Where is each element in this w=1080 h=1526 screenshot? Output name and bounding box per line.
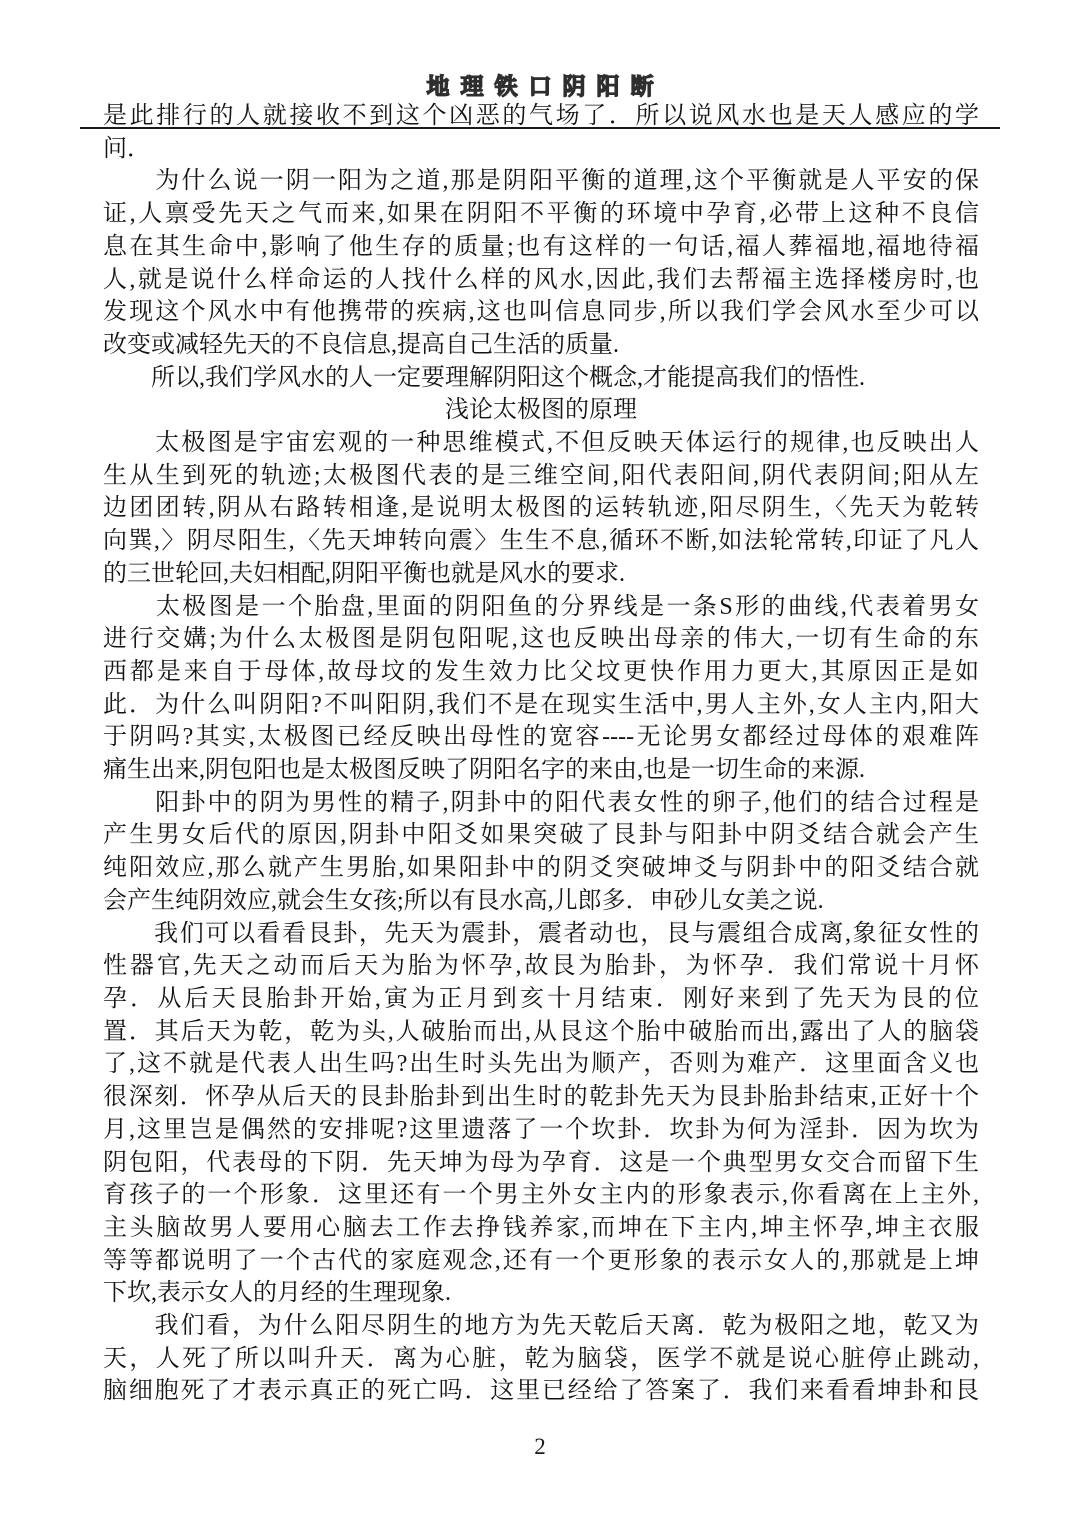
text-line: 于阴吗?其实,太极图已经反映出母性的宽容----无论男女都经过母体的艰难阵 [103,721,979,754]
text-line: 人,就是说什么样命运的人找什么样的风水,因此,我们去帮福主选择楼房时,也 [103,264,979,297]
body-text: 是此排行的人就接收不到这个凶恶的气场了．所以说风水也是天人感应的学问． 为什么说… [103,100,979,1408]
page-header: 地理铁口阴阳断 [0,68,1080,101]
text-line: 生从生到死的轨迹;太极图代表的是三维空间,阳代表阳间,阴代表阴间;阳从左 [103,460,979,493]
text-line: 发现这个风水中有他携带的疾病,这也叫信息同步,所以我们学会风水至少可以 [103,296,979,329]
document-page: 地理铁口阴阳断 是此排行的人就接收不到这个凶恶的气场了．所以说风水也是天人感应的… [0,0,1080,1526]
text-line: 是此排行的人就接收不到这个凶恶的气场了．所以说风水也是天人感应的学 [103,100,979,133]
text-line: 问． [103,133,979,166]
text-line: 月,这里岂是偶然的安排呢?这里遗落了一个坎卦．坎卦为何为淫卦．因为坎为 [103,1114,979,1147]
text-line: 为什么说一阴一阳为之道,那是阴阳平衡的道理,这个平衡就是人平安的保 [103,165,979,198]
text-line: 所以,我们学风水的人一定要理解阴阳这个概念,才能提高我们的悟性. [103,362,979,395]
text-line: 会产生纯阴效应,就会生女孩;所以有艮水高,儿郎多．申砂儿女美之说. [103,885,979,918]
page-footer: 2 [0,1434,1080,1460]
text-line: 边团团转,阴从右路转相逢,是说明太极图的运转轨迹,阳尽阴生,〈先天为乾转 [103,492,979,525]
text-line: 等等都说明了一个古代的家庭观念,还有一个更形象的表示女人的,那就是上坤 [103,1245,979,1278]
text-line: 改变或减轻先天的不良信息,提高自己生活的质量. [103,329,979,362]
text-line: 阳卦中的阴为男性的精子,阴卦中的阳代表女性的卵子,他们的结合过程是 [103,787,979,820]
text-line: 息在其生命中,影响了他生存的质量;也有这样的一句话,福人葬福地,福地待福 [103,231,979,264]
text-line: 产生男女后代的原因,阴卦中阳爻如果突破了艮卦与阳卦中阴爻结合就会产生 [103,819,979,852]
text-line: 痛生出来,阴包阳也是太极图反映了阴阳名字的来由,也是一切生命的来源. [103,754,979,787]
text-line: 的三世轮回,夫妇相配,阴阳平衡也就是风水的要求. [103,558,979,591]
text-line: 太极图是宇宙宏观的一种思维模式,不但反映天体运行的规律,也反映出人 [103,427,979,460]
text-line: 天，人死了所以叫升天．离为心脏，乾为脑袋，医学不就是说心脏停止跳动, [103,1343,979,1376]
text-line: 纯阳效应,那么就产生男胎,如果阳卦中的阴爻突破坤爻与阴卦中的阳爻结合就 [103,852,979,885]
text-line: 证,人禀受先天之气而来,如果在阴阳不平衡的环境中孕育,必带上这种不良信 [103,198,979,231]
text-line: 置．其后天为乾，乾为头,人破胎而出,从艮这个胎中破胎而出,露出了人的脑袋 [103,1016,979,1049]
section-heading: 浅论太极图的原理 [103,394,979,427]
text-line: 我们可以看看艮卦，先天为震卦，震者动也，艮与震组合成离,象征女性的 [103,918,979,951]
text-line: 向巽,〉阴尽阳生,〈先天坤转向震〉生生不息,循环不断,如法轮常转,印证了凡人 [103,525,979,558]
text-line: 我们看，为什么阳尽阴生的地方为先天乾后天离．乾为极阳之地，乾又为 [103,1310,979,1343]
page-header-title: 地理铁口阴阳断 [416,68,665,101]
text-line: 孕．从后天艮胎卦开始,寅为正月到亥十月结束．刚好来到了先天为艮的位 [103,983,979,1016]
text-line: 主头脑故男人要用心脑去工作去挣钱养家,而坤在下主内,坤主怀孕,坤主衣服 [103,1212,979,1245]
text-line: 脑细胞死了才表示真正的死亡吗．这里已经给了答案了．我们来看看坤卦和艮 [103,1375,979,1408]
text-line: 此．为什么叫阴阳?不叫阳阴,我们不是在现实生活中,男人主外,女人主内,阳大 [103,689,979,722]
text-line: 了,这不就是代表人出生吗?出生时头先出为顺产，否则为难产．这里面含义也 [103,1048,979,1081]
page-number: 2 [534,1434,546,1459]
text-line: 育孩子的一个形象．这里还有一个男主外女主内的形象表示,你看离在上主外, [103,1179,979,1212]
text-line: 西都是来自于母体,故母坟的发生效力比父坟更快作用力更大,其原因正是如 [103,656,979,689]
text-line: 性器官,先天之动而后天为胎为怀孕,故艮为胎卦，为怀孕．我们常说十月怀 [103,950,979,983]
text-line: 阴包阳，代表母的下阴．先天坤为母为孕育．这是一个典型男女交合而留下生 [103,1147,979,1180]
text-line: 下坎,表示女人的月经的生理现象. [103,1277,979,1310]
text-line: 太极图是一个胎盘,里面的阴阳鱼的分界线是一条S形的曲线,代表着男女 [103,591,979,624]
text-line: 进行交媾;为什么太极图是阴包阳呢,这也反映出母亲的伟大,一切有生命的东 [103,623,979,656]
text-line: 很深刻．怀孕从后天的艮卦胎卦到出生时的乾卦先天为艮卦胎卦结束,正好十个 [103,1081,979,1114]
